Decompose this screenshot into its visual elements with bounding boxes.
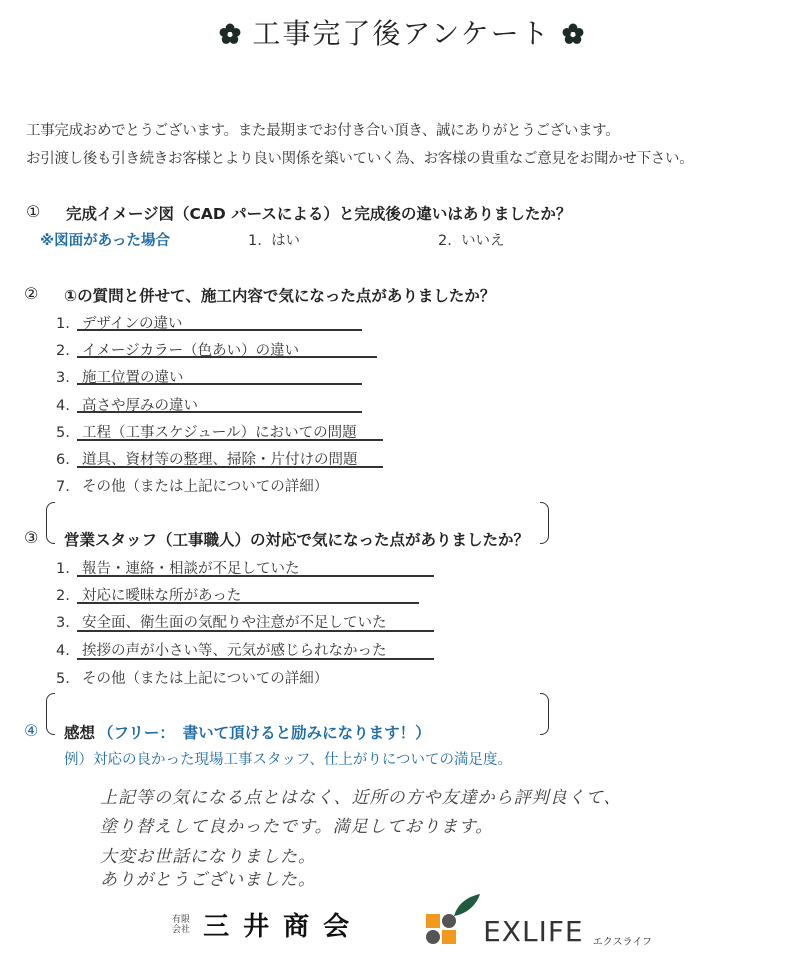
handwritten-line-4: ありがとうございました。	[100, 865, 316, 890]
underline	[77, 466, 383, 468]
company-name: 三井商会	[203, 906, 363, 943]
q2-item-7[interactable]: 7.その他（または上記についての詳細）	[56, 475, 328, 496]
q3-other-answer-area-right-bracket	[540, 693, 549, 735]
underline	[77, 602, 419, 604]
underline	[77, 658, 434, 660]
brand-name: EXLIFE	[483, 915, 584, 948]
brand-kana: エクスライフ	[593, 937, 652, 948]
q3-question: 営業スタッフ（工事職人）の対応で気になった点がありましたか？	[64, 528, 529, 550]
q2-other-answer-area-left-bracket	[46, 502, 55, 544]
flower-icon	[219, 23, 241, 45]
q3-other-answer-area-left-bracket	[46, 693, 55, 735]
intro-line-2: お引渡し後も引き続きお客様とより良い関係を築いていく為、お客様の貴重なご意見をお…	[26, 147, 693, 168]
q1-question: 完成イメージ図（CAD パースによる）と完成後の違いはありましたか？	[66, 202, 571, 224]
exlife-logo: EXLIFE エクスライフ	[424, 892, 652, 948]
underline	[77, 356, 377, 358]
underline	[77, 329, 362, 331]
item-label: その他（または上記についての詳細）	[82, 479, 328, 495]
q2-question: ①の質問と併せて、施工内容で気になった点がありましたか？	[64, 284, 495, 306]
underline	[77, 630, 434, 632]
option-label: いいえ	[461, 233, 505, 249]
underline	[77, 439, 383, 441]
company-type-bottom: 会社	[172, 925, 190, 935]
q3-number: ③	[24, 528, 38, 547]
q1-option-yes[interactable]: 1. はい	[248, 229, 300, 250]
q1-number: ①	[26, 202, 40, 221]
underline	[77, 411, 362, 413]
item-number: 4.	[56, 643, 82, 659]
q4-label: 感想	[64, 721, 95, 743]
option-label: はい	[271, 233, 300, 249]
q4-hint: （フリー： 書いて頂けると励みになります！）	[98, 721, 431, 743]
item-label: 安全面、衛生面の気配りや注意が不足していた	[82, 615, 387, 631]
item-number: 5.	[56, 671, 82, 687]
q1-option-no[interactable]: 2. いいえ	[438, 229, 505, 250]
company-type: 有限 会社	[172, 915, 190, 935]
item-label: 挨拶の声が小さい等、元気が感じられなかった	[82, 643, 387, 659]
q3-item-3[interactable]: 3.安全面、衛生面の気配りや注意が不足していた	[56, 611, 387, 632]
exlife-mark-icon	[424, 892, 488, 948]
q4-example: 例）対応の良かった現場工事スタッフ、仕上がりについての満足度。	[64, 748, 512, 769]
item-label: その他（または上記についての詳細）	[82, 671, 328, 687]
intro-line-1: 工事完成おめでとうございます。また最期までお付き合い頂き、誠にありがとうございま…	[26, 119, 620, 140]
q1-note: ※図面があった場合	[40, 229, 170, 250]
title-text: 工事完了後アンケート	[252, 17, 550, 50]
underline	[77, 383, 362, 385]
underline	[77, 575, 434, 577]
option-number: 2.	[438, 233, 452, 249]
handwritten-line-2: 塗り替えして良かったです。満足しております。	[100, 812, 493, 837]
q3-item-4[interactable]: 4.挨拶の声が小さい等、元気が感じられなかった	[56, 639, 387, 660]
company-type-top: 有限	[172, 915, 190, 925]
item-number: 7.	[56, 479, 82, 495]
handwritten-line-1: 上記等の気になる点とはなく、近所の方や友達から評判良くて、	[100, 783, 621, 808]
option-number: 1.	[248, 233, 262, 249]
company-logo: 有限 会社 三井商会	[172, 906, 363, 943]
item-number: 3.	[56, 615, 82, 631]
q2-other-answer-area-right-bracket	[540, 502, 549, 544]
q3-item-5[interactable]: 5.その他（または上記についての詳細）	[56, 667, 328, 688]
q4-number: ④	[24, 721, 38, 740]
q2-number: ②	[24, 284, 38, 303]
flower-icon	[562, 23, 584, 45]
handwritten-line-3: 大変お世話になりました。	[100, 842, 316, 867]
page-title: 工事完了後アンケート	[0, 12, 803, 52]
